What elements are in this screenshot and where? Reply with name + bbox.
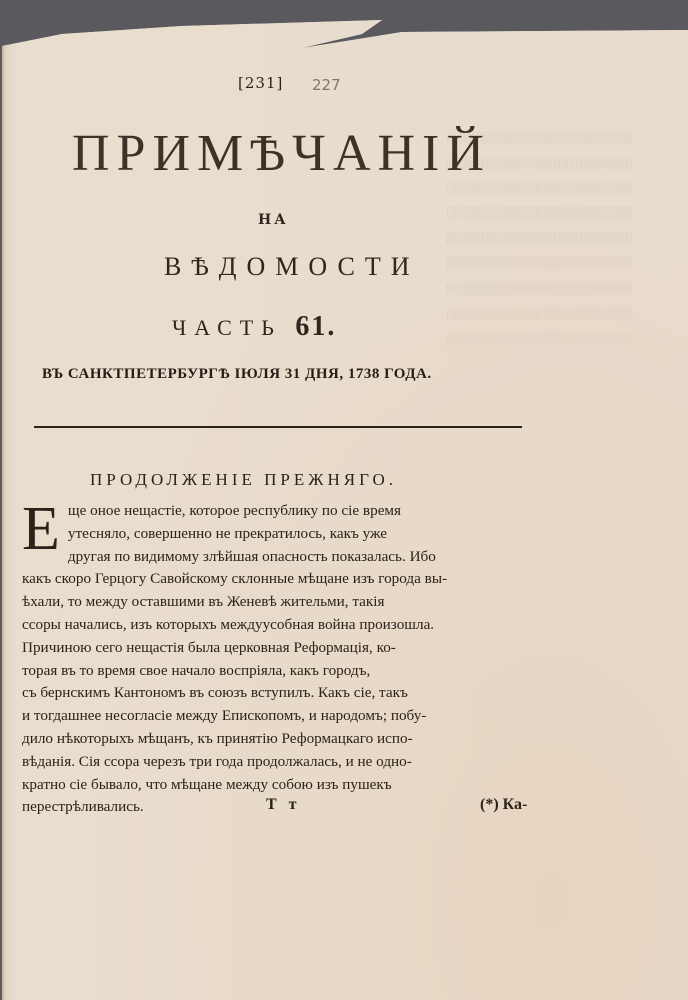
body-line: и тогдашнее несогласіе между Епископомъ,… <box>22 705 542 728</box>
drop-cap: Е <box>22 504 60 554</box>
page-number: [231] <box>238 74 283 92</box>
body-line: утесняло, совершенно не прекратилось, ка… <box>22 523 542 546</box>
body-line: кратно сіе бывало, что мѣщане между собо… <box>22 774 542 797</box>
body-line: дило нѣкоторыхъ мѣщанъ, къ принятію Рефо… <box>22 728 542 751</box>
part-number: 61. <box>295 311 336 342</box>
subtitle-na: НА <box>258 212 289 228</box>
body-text: Е ще оное нещастіе, которое республику п… <box>22 500 542 819</box>
body-line: торая въ то время свое начало воспріяла,… <box>22 660 542 683</box>
part-label: ЧАСТЬ <box>172 315 282 340</box>
body-line: вѣданія. Сія ссора черезъ три года продо… <box>22 751 542 774</box>
catchword: (*) Ка- <box>480 796 527 814</box>
page-title: ПРИМѢЧАНІЙ <box>72 124 472 183</box>
subtitle-vedomosti: ВѢДОМОСТИ <box>164 252 420 282</box>
part-heading: ЧАСТЬ 61. <box>172 311 336 343</box>
body-line: другая по видимому злѣйшая опасность пок… <box>22 546 542 569</box>
body-line: ссоры начались, изъ которыхъ междуусобна… <box>22 614 542 637</box>
pencil-page-number: 227 <box>312 76 341 94</box>
horizontal-rule <box>34 426 522 428</box>
body-line: ѣхали, то между оставшими въ Женевѣ жите… <box>22 591 542 614</box>
signature-mark: Т т <box>266 796 301 814</box>
body-line: съ бернскимъ Кантономъ въ союзъ вступилъ… <box>22 682 542 705</box>
document-page: ░░░░░░░░░░░░░░░░░░░░░░░░░░░░░░░░░░░░░░░░… <box>2 16 688 1000</box>
body-line: ще оное нещастіе, которое республику по … <box>22 500 542 523</box>
dateline: ВЪ САНКТПЕТЕРБУРГѢ ІЮЛЯ 31 ДНЯ, 1738 ГОД… <box>42 366 512 383</box>
body-line: Причиною сего нещастія была церковная Ре… <box>22 637 542 660</box>
body-line: какъ скоро Герцогу Савойскому склонные м… <box>22 568 542 591</box>
section-title: ПРОДОЛЖЕНІЕ ПРЕЖНЯГО. <box>90 470 397 490</box>
